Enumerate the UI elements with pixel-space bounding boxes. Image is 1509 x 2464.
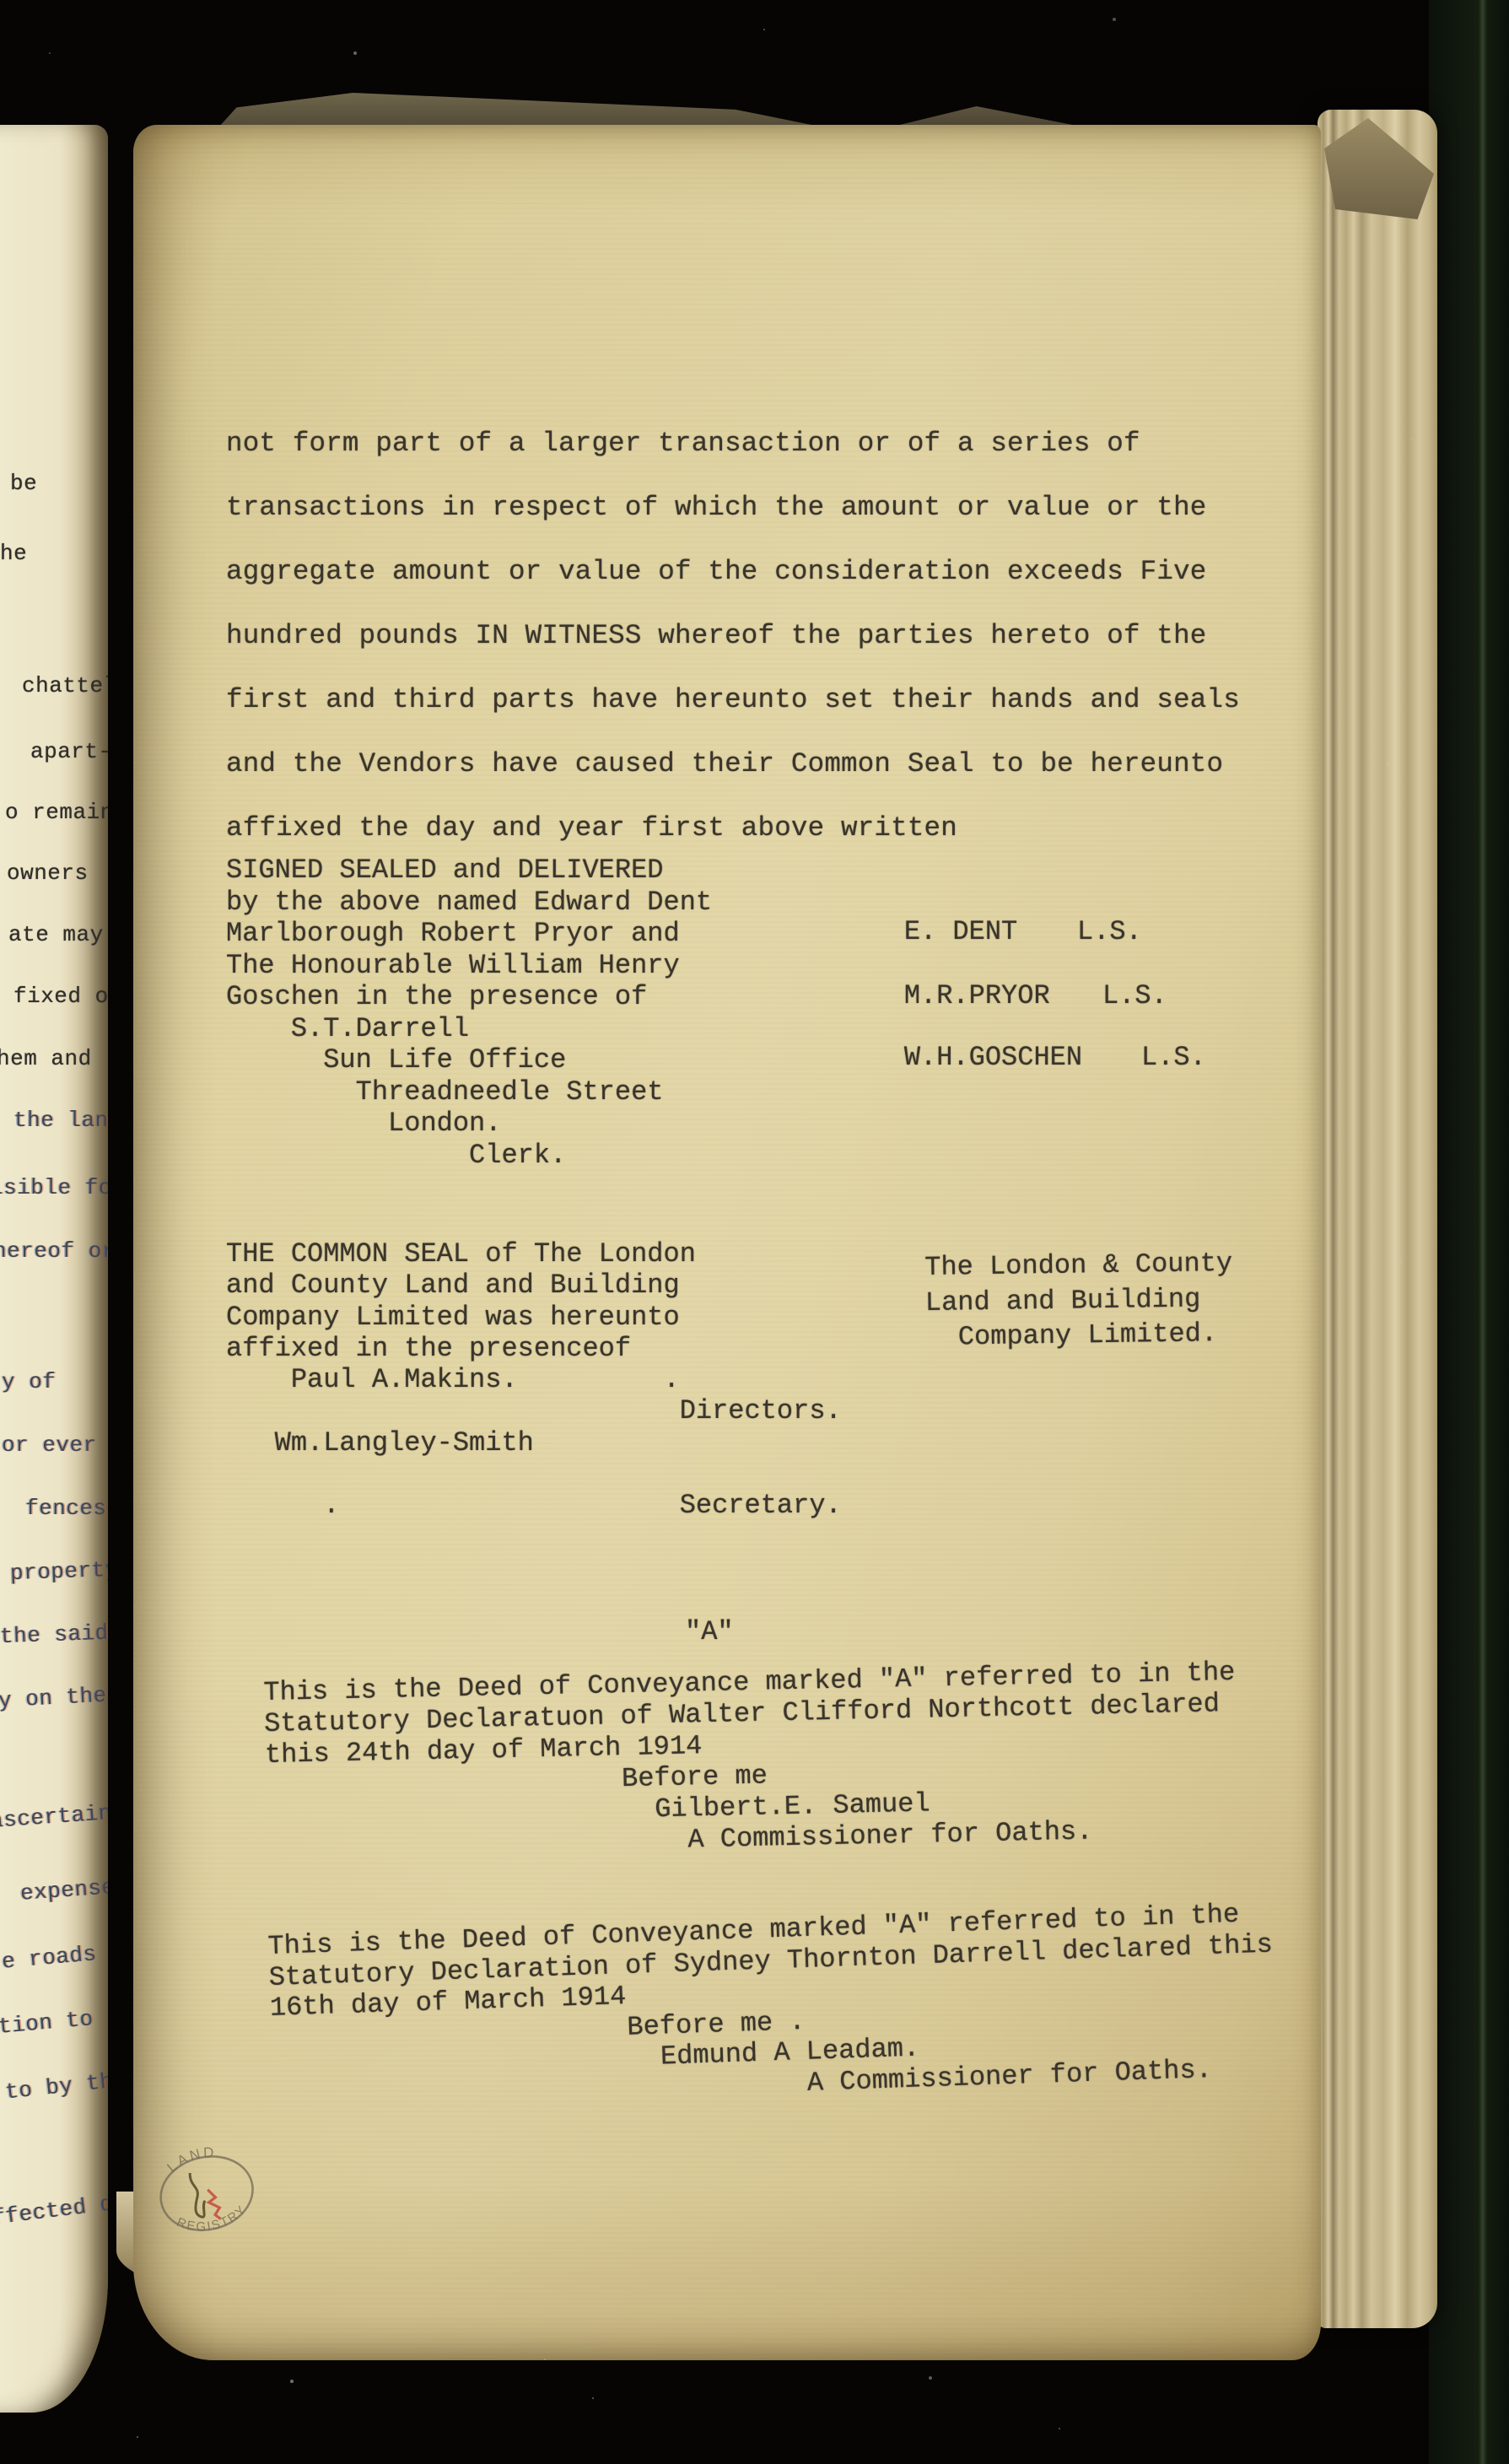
fragment-line: fences [25,1496,107,1521]
fragment-line: or ever [2,1432,97,1458]
fragment-line: hem and [0,1046,92,1071]
fragment-line: ffected does [0,2186,108,2230]
fragment-line: fixed or [13,984,108,1009]
scanned-book-photo: { "document": { "paragraph": [ "not form… [0,0,1509,2464]
dust-specks [0,0,2,2]
ink-scribble-olive [187,2171,208,2219]
fragment-line: he [0,541,27,566]
statutory-declaration-darrell: This is the Deed of Conveyance marked "A… [267,1899,1277,2116]
fragment-line: owners [7,860,89,886]
signature-name: E. DENT [904,916,1017,947]
fragment-line: isible for [0,1175,108,1200]
fragment-line: the said [0,1620,108,1649]
fragment-line: o remain [5,800,108,825]
locus-sigilli: L.S. [1077,916,1142,947]
closing-paragraph: not form part of a larger transaction or… [226,412,1240,860]
previous-page-strip: be he chattel apart- o remain owners ate… [0,125,108,2413]
fragment-line: tion to [0,2006,94,2040]
fragment-line: e roads [1,1941,98,1975]
fragment-line: hereof or [0,1238,108,1264]
stamp-text-bottom: REGISTRY [172,2200,252,2242]
fragment-line: to by the [4,2068,108,2105]
page-stack-edges [1318,110,1437,2328]
fragment-line: y on the [0,1683,108,1714]
signature-name: M.R.PRYOR [904,980,1050,1011]
land-registry-stamp: LAND REGISTRY [138,2134,276,2259]
fragment-line: y of [2,1369,56,1394]
fragment-line: ate may [8,922,104,947]
attestation-clause: SIGNED SEALED and DELIVERED by the above… [226,855,712,1171]
stamp-text-top: LAND [162,2142,221,2177]
fragment-line: property [10,1557,108,1586]
statutory-declaration-northcott: This is the Deed of Conveyance marked "A… [263,1657,1239,1864]
company-seal-label: The London & County Land and Building Co… [924,1246,1234,1356]
locus-sigilli: L.S. [1102,980,1167,1011]
svg-text:LAND: LAND [162,2142,221,2177]
fragment-line: ascertained [0,1798,108,1834]
svg-text:REGISTRY: REGISTRY [172,2200,252,2242]
document-page: not form part of a larger transaction or… [133,125,1321,2360]
locus-sigilli: L.S. [1141,1042,1206,1073]
signature-row-goschen: W.H.GOSCHENL.S. [839,1011,1082,1104]
fragment-line: expense [19,1874,108,1906]
stamp-graphic: LAND REGISTRY [138,2134,276,2259]
common-seal-clause: THE COMMON SEAL of The London and County… [226,1238,842,1522]
signature-name: W.H.GOSCHEN [904,1042,1082,1073]
book-cover-right-edge [1429,0,1509,2464]
fragment-line: the land [13,1108,108,1133]
exhibit-mark-a: "A" [685,1616,734,1647]
ink-scribble-red [206,2188,222,2221]
fragment-line: apart- [30,739,108,764]
fragment-line: chattel [22,673,108,698]
fragment-line: be [10,471,37,496]
